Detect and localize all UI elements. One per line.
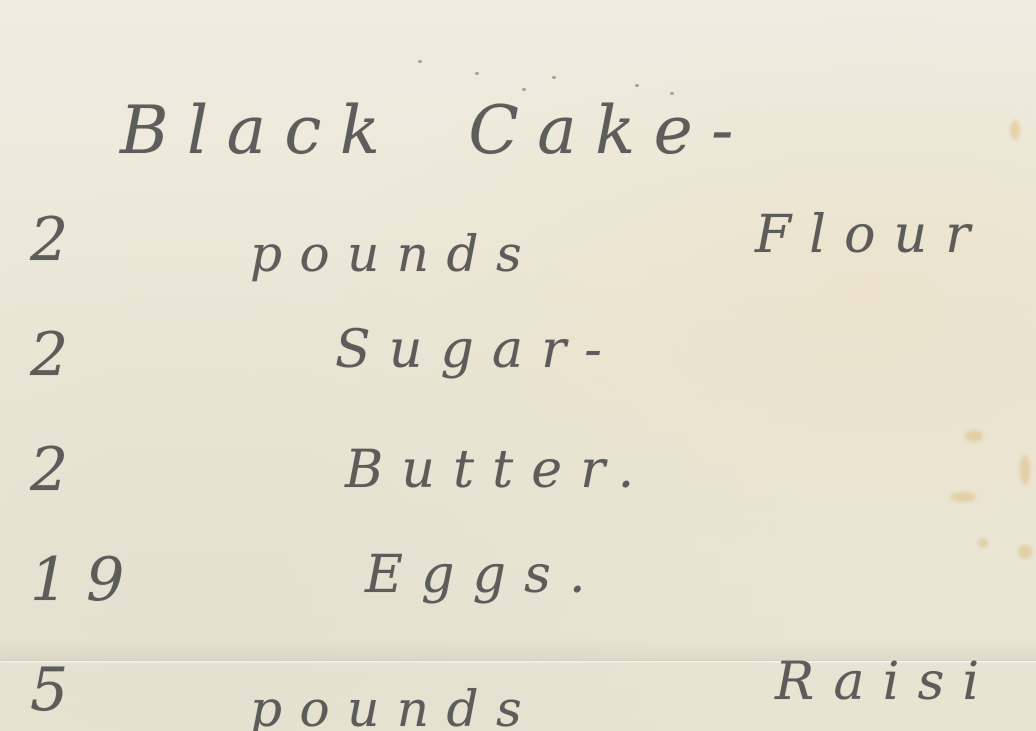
paper-speck	[635, 84, 639, 87]
paper-speck	[418, 60, 422, 63]
ingredient-quantity: 19	[30, 545, 142, 615]
age-stain	[950, 492, 976, 502]
ingredient-name: Raisi	[775, 652, 997, 712]
title-word-black: Black	[120, 92, 398, 169]
paper-speck	[522, 88, 526, 91]
age-stain	[1020, 455, 1030, 485]
paper-sheet: BlackCake- 2 pounds Flour 2 Sugar- 2 But…	[0, 0, 1036, 731]
ingredient-unit: pounds	[250, 225, 539, 283]
ingredient-name: Sugar-	[335, 320, 620, 380]
ingredient-name: Butter.	[345, 440, 652, 500]
ingredient-quantity: 2	[30, 435, 86, 505]
age-stain	[1010, 120, 1020, 140]
ingredient-name: Flour	[755, 205, 988, 265]
ingredient-name: Eggs.	[365, 545, 604, 605]
ingredient-quantity: 2	[30, 205, 86, 275]
ingredient-quantity: 2	[30, 320, 86, 390]
title-word-cake: Cake-	[468, 92, 752, 169]
ingredient-unit: pounds	[250, 680, 539, 731]
age-stain	[965, 430, 983, 442]
paper-speck	[552, 76, 556, 79]
age-stain	[1018, 545, 1032, 559]
ingredient-quantity: 5	[30, 655, 86, 725]
paper-speck	[475, 72, 479, 75]
recipe-title: BlackCake-	[120, 92, 752, 169]
age-stain	[978, 538, 988, 548]
